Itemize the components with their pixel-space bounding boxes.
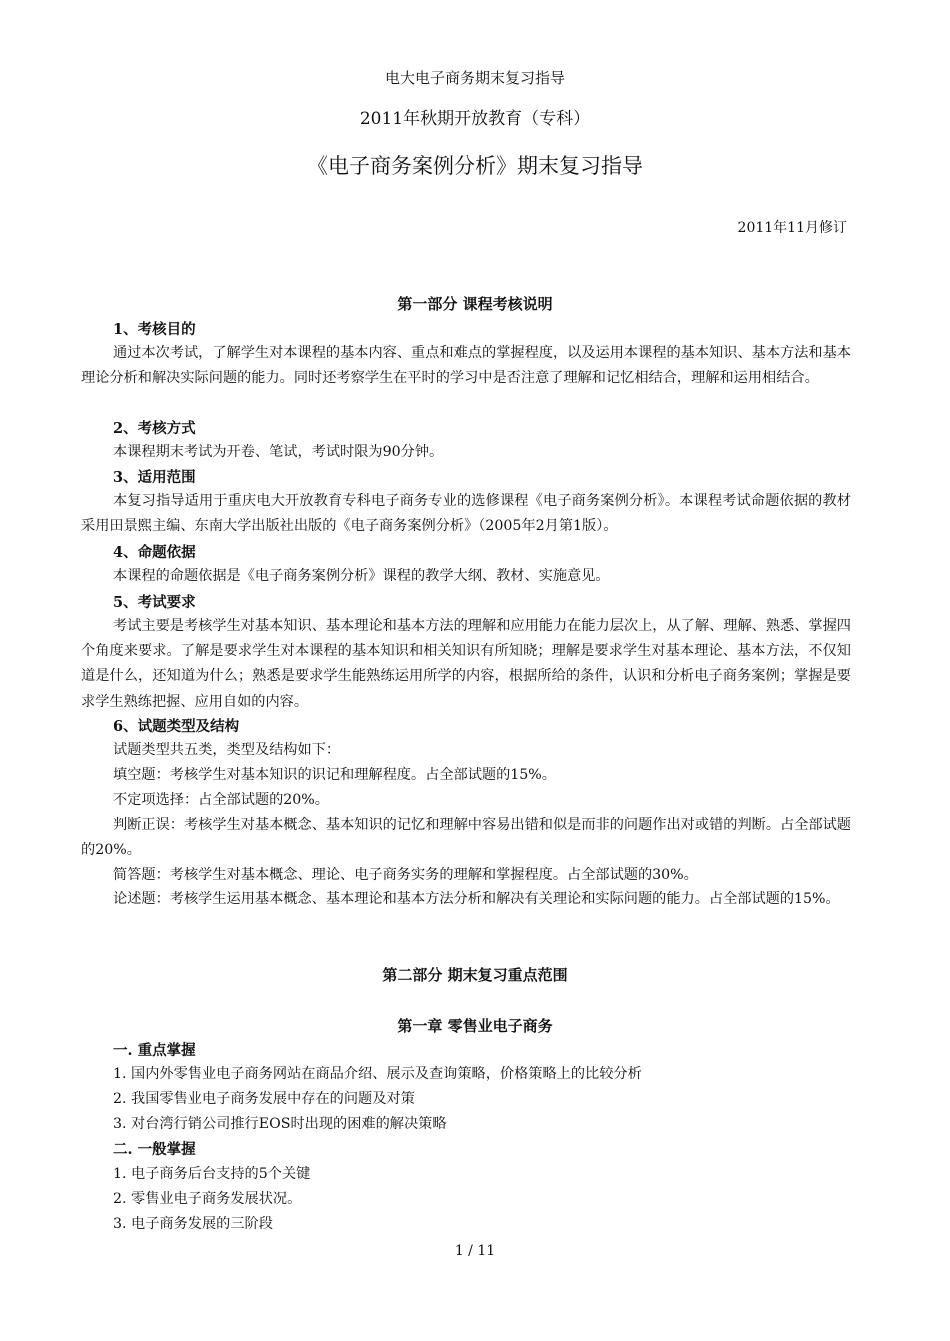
key-mastery-heading: 一. 重点掌握 [113,1039,196,1060]
general-item: 3. 电子商务发展的三阶段 [113,1213,273,1233]
part1-title: 第一部分 课程考核说明 [0,293,950,314]
section-heading: 5、考试要求 [113,591,196,612]
general-item: 2. 零售业电子商务发展状况。 [113,1188,301,1208]
question-type-item: 填空题：考核学生对基本知识的识记和理解程度。占全部试题的15%。 [113,764,556,784]
question-type-item: 简答题：考核学生对基本概念、理论、电子商务实务的理解和掌握程度。占全部试题的30… [113,864,698,884]
key-item: 2. 我国零售业电子商务发展中存在的问题及对策 [113,1088,415,1108]
section-heading: 4、命题依据 [113,541,196,562]
section-paragraph: 考试主要是考核学生对基本知识、基本理论和基本方法的理解和应用能力在能力层次上，从… [81,614,851,715]
revision-date: 2011年11月修订 [738,217,847,237]
section-paragraph: 通过本次考试，了解学生对本课程的基本内容、重点和难点的掌握程度，以及运用本课程的… [81,341,851,391]
section-paragraph: 本复习指导适用于重庆电大开放教育专科电子商务专业的选修课程《电子商务案例分析》。… [81,489,851,539]
key-item: 3. 对台湾行销公司推行EOS时出现的困难的解决策略 [113,1113,447,1133]
question-type-item: 判断正误：考核学生对基本概念、基本知识的记忆和理解中容易出错和似是而非的问题作出… [81,813,851,863]
key-item: 1. 国内外零售业电子商务网站在商品介绍、展示及查询策略，价格策略上的比较分析 [113,1063,642,1083]
question-type-item: 论述题：考核学生运用基本概念、基本理论和基本方法分析和解决有关理论和实际问题的能… [81,887,851,912]
section-heading: 6、试题类型及结构 [113,715,239,736]
page-indicator: 1 / 11 [0,1243,950,1259]
chapter-title: 第一章 零售业电子商务 [0,1015,950,1036]
section-paragraph: 本课程期末考试为开卷、笔试，考试时限为90分钟。 [81,440,851,465]
section-heading: 3、适用范围 [113,466,196,487]
question-type-item: 不定项选择：占全部试题的20%。 [113,789,329,809]
section-paragraph: 本课程的命题依据是《电子商务案例分析》课程的教学大纲、教材、实施意见。 [81,564,851,589]
document-title: 《电子商务案例分析》期末复习指导 [0,150,950,180]
general-item: 1. 电子商务后台支持的5个关键 [113,1163,310,1183]
section-heading: 1、考核目的 [113,318,196,339]
header-subtitle: 2011年秋期开放教育（专科） [0,104,950,129]
part2-title: 第二部分 期末复习重点范围 [0,964,950,985]
question-types-intro: 试题类型共五类，类型及结构如下： [113,739,340,759]
section-heading: 2、考核方式 [113,417,196,438]
general-mastery-heading: 二. 一般掌握 [113,1138,196,1159]
header-top-title: 电大电子商务期末复习指导 [0,67,950,88]
document-page: 电大电子商务期末复习指导 2011年秋期开放教育（专科） 《电子商务案例分析》期… [0,0,950,1341]
